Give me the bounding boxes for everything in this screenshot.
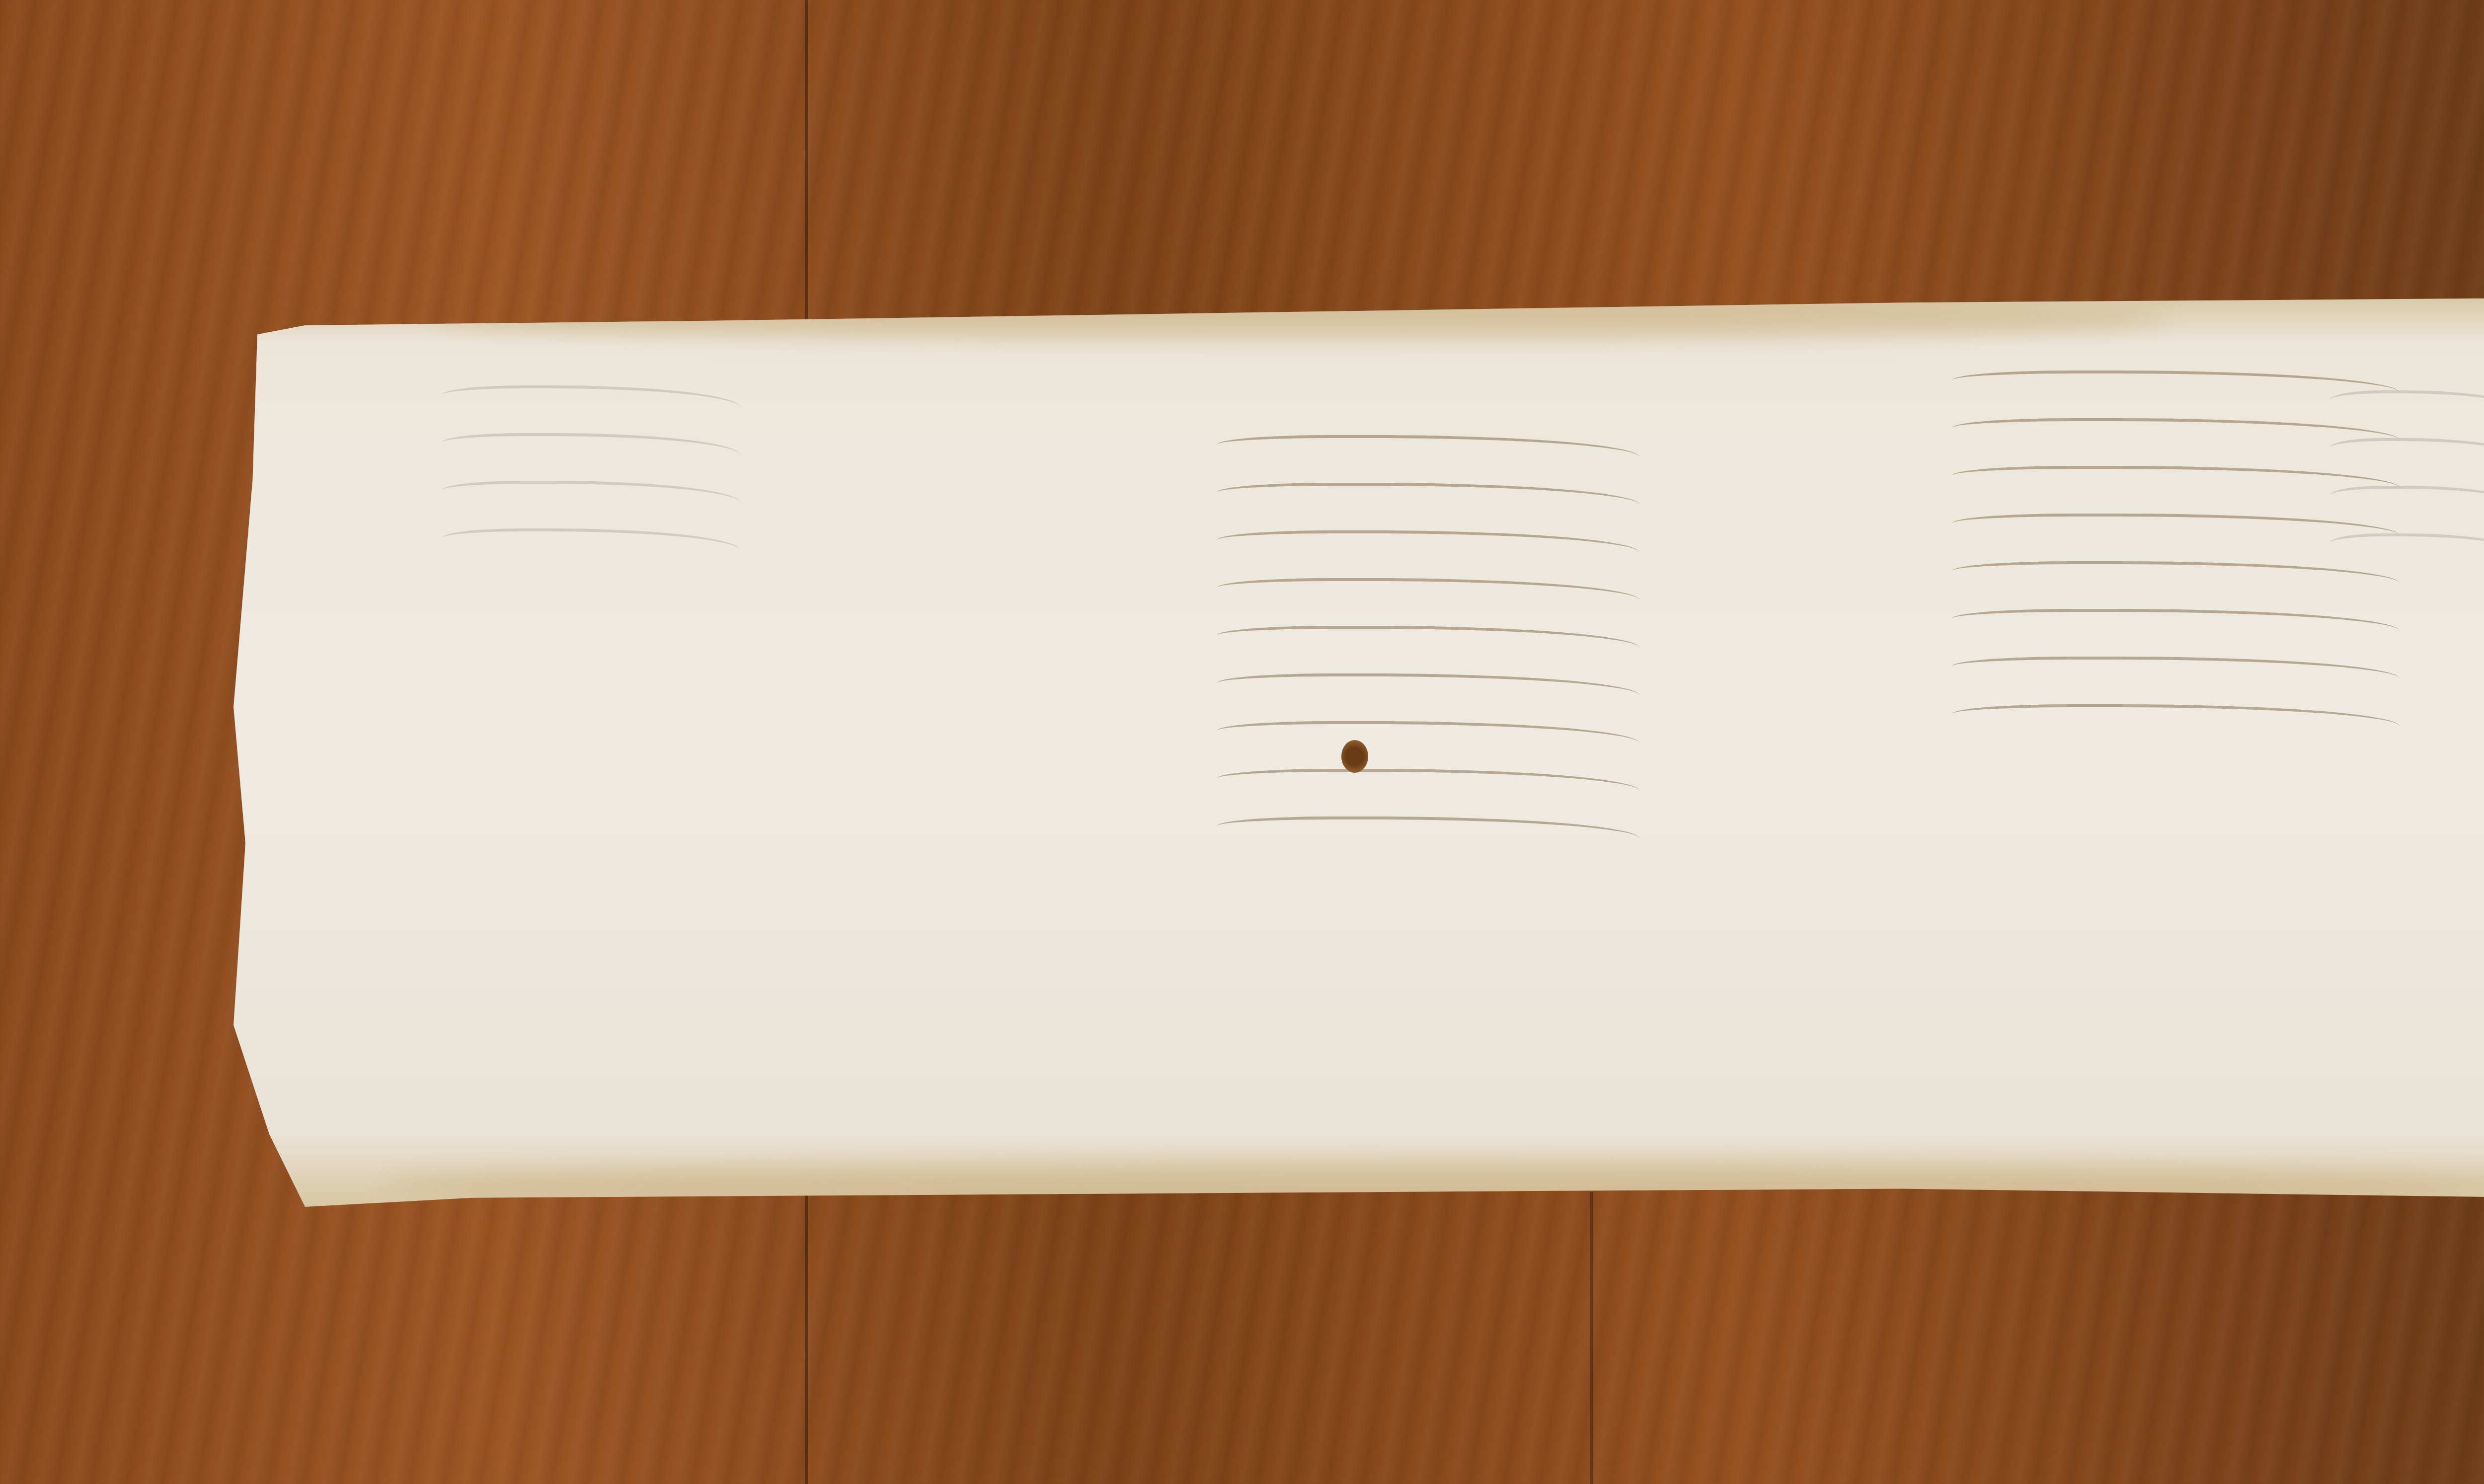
binding-hole xyxy=(1341,740,1368,773)
edge-stain xyxy=(383,1162,2484,1207)
right-text-block xyxy=(1952,358,2400,739)
left-faint-block xyxy=(442,372,740,563)
wood-seam xyxy=(1590,1192,1593,1484)
middle-text-block xyxy=(1217,422,1639,851)
edge-stain xyxy=(432,298,2171,343)
